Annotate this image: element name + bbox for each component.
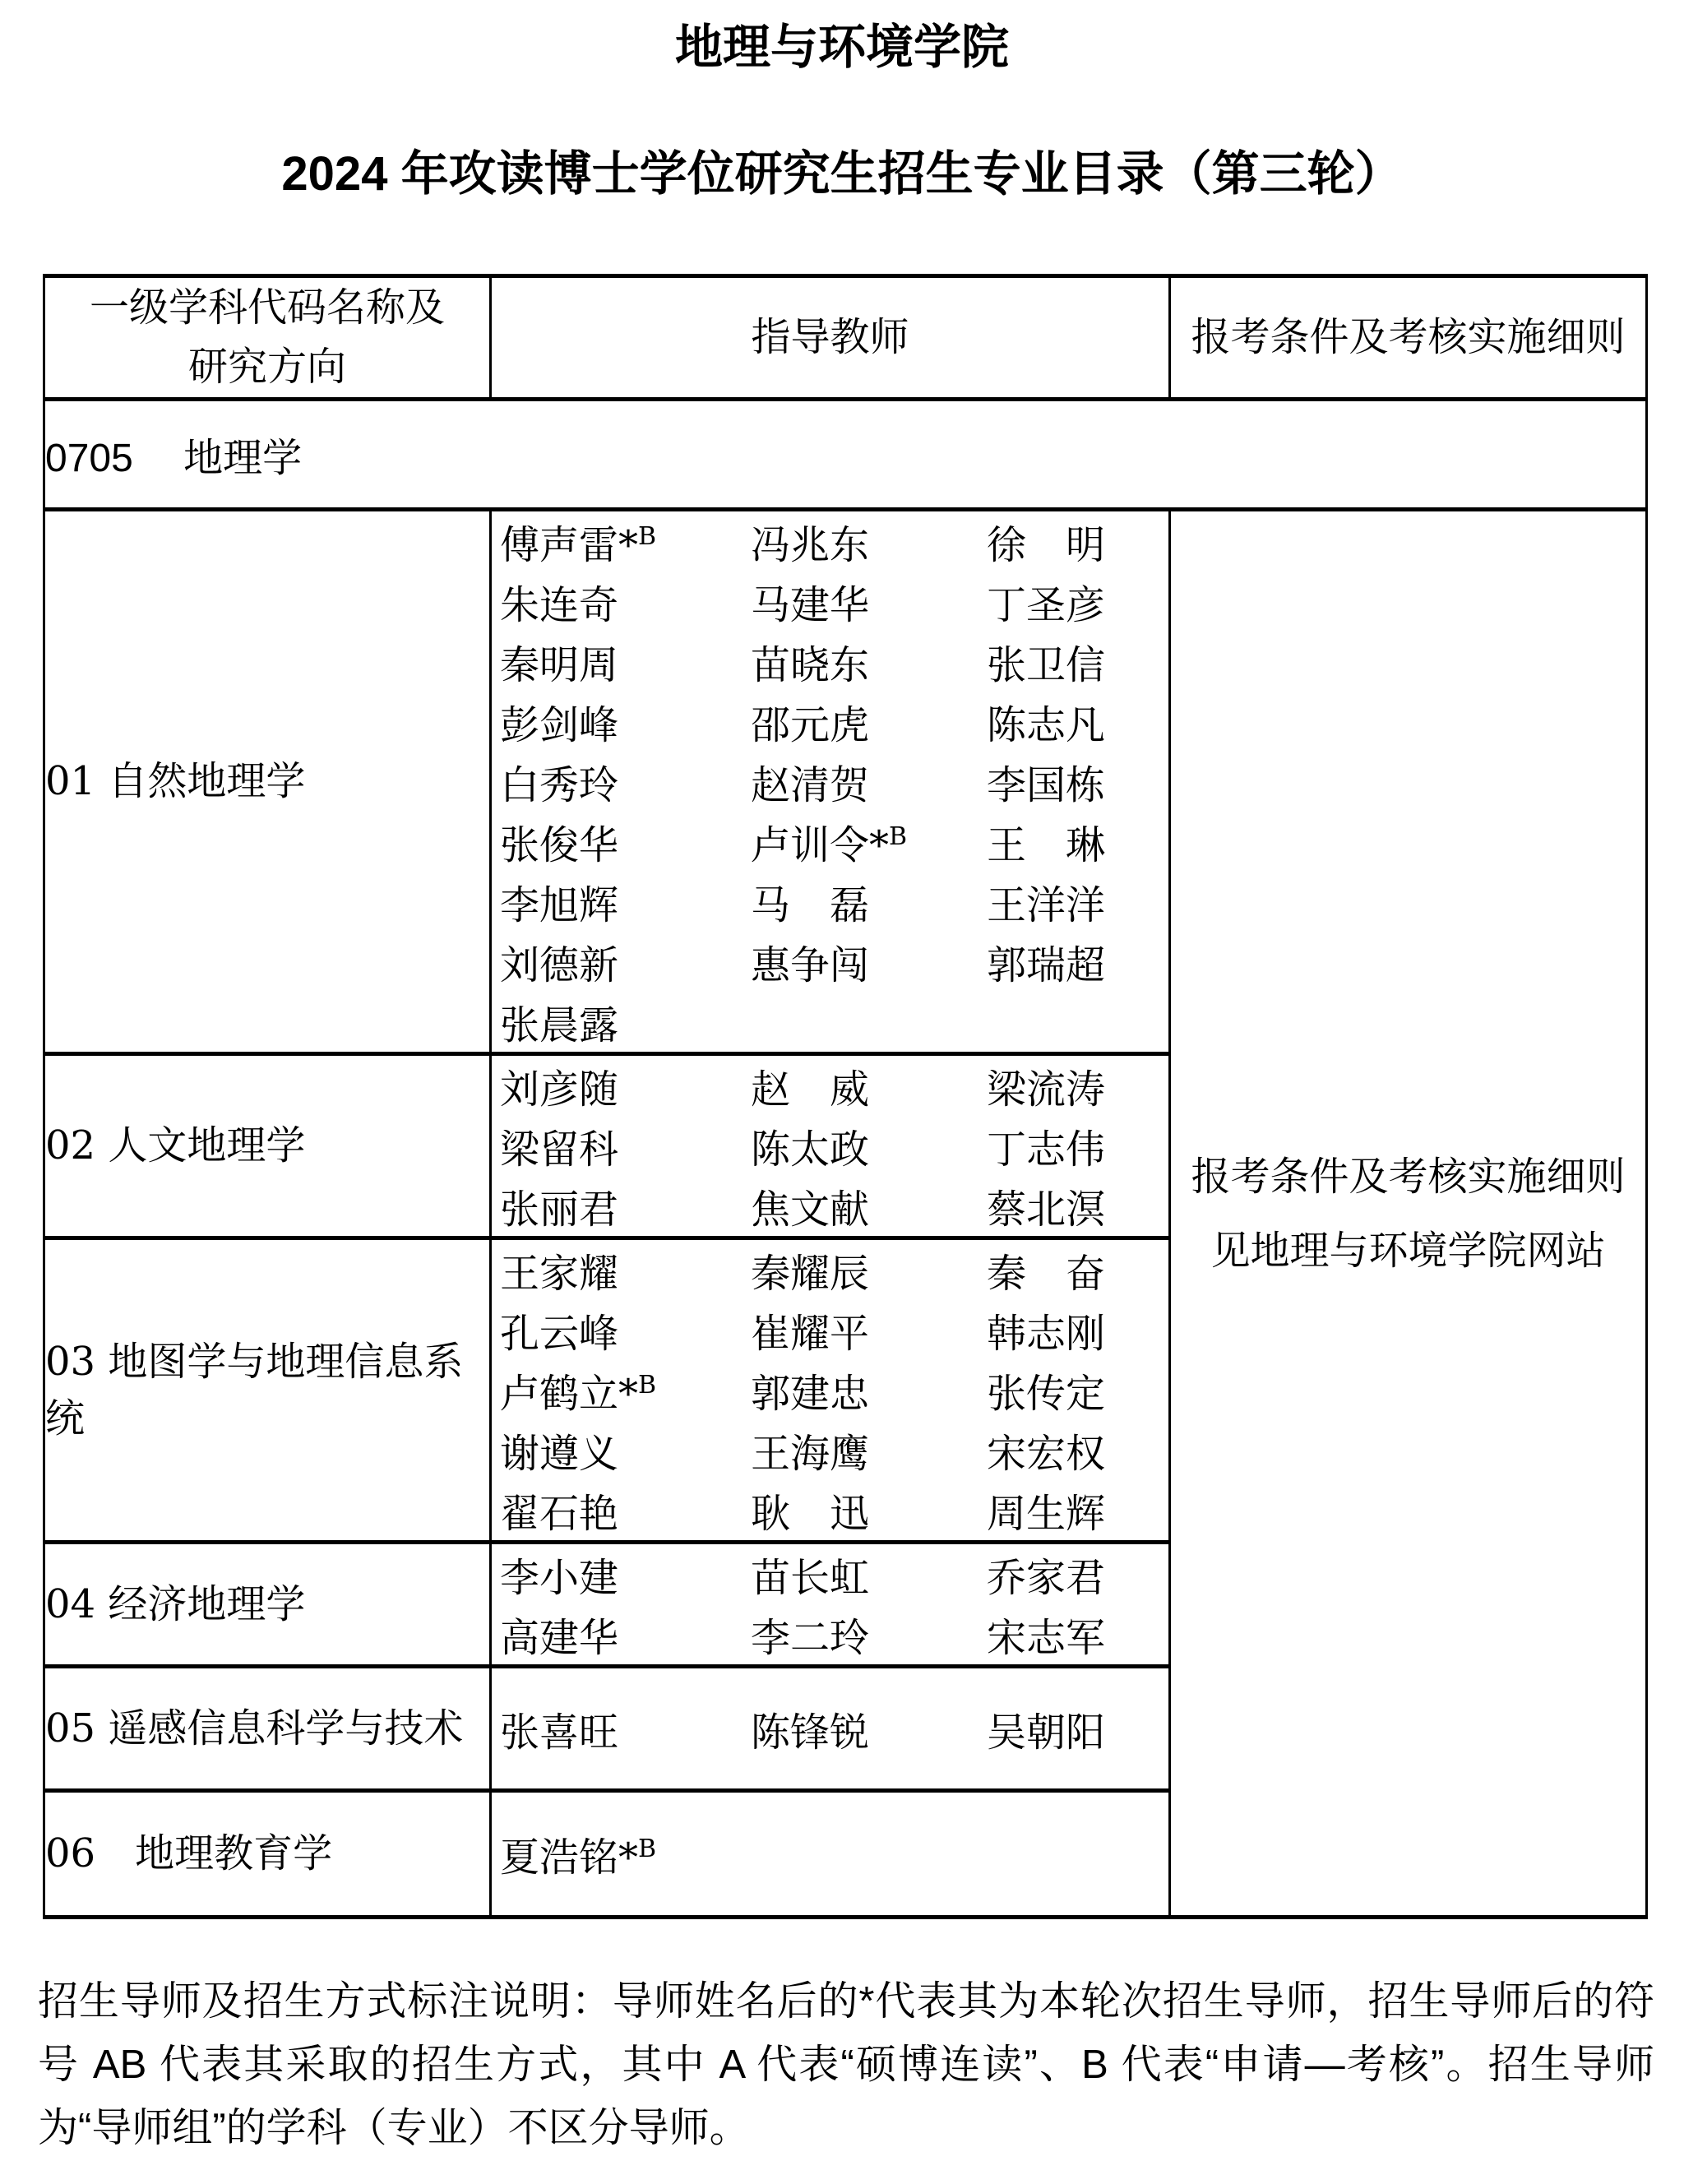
supervisor-name: 李旭辉	[500, 873, 751, 930]
supervisor-name: 张丽君	[500, 1178, 751, 1234]
supervisors-cell: 王家耀秦耀辰秦 奋孔云峰崔耀平韩志刚卢鹤立*B郭建忠张传定谢遵义王海鹰宋宏权翟石…	[491, 1238, 1170, 1543]
supervisor-line: 卢鹤立*B郭建忠张传定	[492, 1360, 1168, 1420]
supervisor-line: 王家耀秦耀辰秦 奋	[492, 1240, 1168, 1300]
supervisor-line: 张俊华卢训令*B王 琳	[492, 812, 1168, 872]
supervisor-name: 张晨露	[500, 993, 751, 1050]
discipline-section: 0705 地理学	[44, 400, 1647, 510]
direction-label: 02 人文地理学	[44, 1054, 491, 1238]
supervisor-name: 张卫信	[987, 633, 1168, 690]
supervisor-name: 苗晓东	[751, 633, 987, 690]
supervisor-name: 崔耀平	[751, 1302, 987, 1358]
supervisor-line: 刘德新惠争闯郭瑞超	[492, 932, 1168, 992]
footnote-text: 招生导师及招生方式标注说明：导师姓名后的*代表其为本轮次招生导师，招生导师后的符…	[38, 1970, 1654, 2160]
supervisor-line: 张晨露	[492, 992, 1168, 1052]
supervisor-name: 孔云峰	[500, 1302, 751, 1358]
supervisor-name: 张俊华	[500, 813, 751, 870]
supervisor-name: 朱连奇	[500, 573, 751, 630]
supervisor-name: 冯兆东	[751, 513, 987, 570]
direction-label: 04 经济地理学	[44, 1543, 491, 1667]
supervisor-name: 翟石艳	[500, 1482, 751, 1539]
supervisor-name: 丁圣彦	[987, 573, 1168, 630]
supervisors-cell: 傅声雷*B冯兆东徐 明朱连奇马建华丁圣彦秦明周苗晓东张卫信彭剑峰邵元虎陈志凡白秀…	[491, 510, 1170, 1054]
supervisor-line: 刘彦随赵 威梁流涛	[492, 1056, 1168, 1116]
admission-mode-mark: B	[638, 1371, 656, 1400]
supervisor-name: 刘德新	[500, 933, 751, 990]
supervisor-name: 白秀玲	[500, 753, 751, 810]
admission-mode-mark: B	[638, 522, 656, 551]
supervisor-name: 宋宏权	[987, 1422, 1168, 1478]
supervisor-name: 马 磊	[751, 873, 987, 930]
page-title: 地理与环境学院	[0, 21, 1684, 74]
supervisor-name: 李二玲	[751, 1606, 987, 1663]
supervisor-line: 张喜旺陈锋锐吴朝阳	[492, 1699, 1168, 1759]
supervisor-line: 傅声雷*B冯兆东徐 明	[492, 511, 1168, 571]
supervisor-name: 梁流涛	[987, 1057, 1168, 1114]
supervisor-name: 秦耀辰	[751, 1242, 987, 1298]
supervisor-name: 王海鹰	[751, 1422, 987, 1478]
supervisor-name: 苗长虹	[751, 1546, 987, 1603]
supervisor-name: 惠争闯	[751, 933, 987, 990]
supervisor-name: 李小建	[500, 1546, 751, 1603]
conditions-note-line1: 报考条件及考核实施细则	[1171, 1140, 1645, 1214]
supervisor-name: 周生辉	[987, 1482, 1168, 1539]
admissions-catalog-table: 一级学科代码名称及 研究方向 指导教师 报考条件及考核实施细则 0705 地理学…	[43, 274, 1648, 1919]
supervisor-line: 孔云峰崔耀平韩志刚	[492, 1300, 1168, 1360]
supervisor-name: 高建华	[500, 1606, 751, 1663]
supervisor-name: 谢遵义	[500, 1422, 751, 1478]
supervisor-name: 秦 奋	[987, 1242, 1168, 1298]
supervisor-line: 夏浩铭*B	[492, 1824, 1168, 1884]
supervisor-line: 李旭辉马 磊王洋洋	[492, 872, 1168, 932]
header-row: 一级学科代码名称及 研究方向 指导教师 报考条件及考核实施细则	[44, 276, 1647, 400]
admission-mode-mark: B	[638, 1835, 656, 1863]
discipline-code-name: 0705 地理学	[44, 400, 1647, 510]
supervisor-line: 谢遵义王海鹰宋宏权	[492, 1420, 1168, 1480]
supervisor-name: 乔家君	[987, 1546, 1168, 1603]
direction-label: 05 遥感信息科学与技术	[44, 1667, 491, 1791]
supervisor-name: 赵清贺	[751, 753, 987, 810]
supervisor-name: 焦文献	[751, 1178, 987, 1234]
supervisors-cell: 李小建苗长虹乔家君高建华李二玲宋志军	[491, 1543, 1170, 1667]
supervisor-line: 李小建苗长虹乔家君	[492, 1544, 1168, 1604]
directions-body: 01 自然地理学傅声雷*B冯兆东徐 明朱连奇马建华丁圣彦秦明周苗晓东张卫信彭剑峰…	[44, 510, 1647, 1918]
conditions-note-line2: 见地理与环境学院网站	[1171, 1214, 1645, 1288]
supervisor-name: 耿 迅	[751, 1482, 987, 1539]
supervisor-name: 傅声雷*B	[500, 513, 751, 570]
supervisor-name: 王洋洋	[987, 873, 1168, 930]
page-subtitle: 2024 年攻读博士学位研究生招生专业目录（第三轮）	[0, 148, 1684, 201]
supervisor-name: 李国栋	[987, 753, 1168, 810]
supervisor-name: 卢鹤立*B	[500, 1362, 751, 1418]
supervisors-cell: 张喜旺陈锋锐吴朝阳	[491, 1667, 1170, 1791]
header-discipline-line2: 研究方向	[45, 338, 489, 397]
supervisors-cell: 夏浩铭*B	[491, 1791, 1170, 1918]
supervisor-line: 彭剑峰邵元虎陈志凡	[492, 692, 1168, 752]
supervisor-line: 朱连奇马建华丁圣彦	[492, 571, 1168, 632]
supervisor-name: 陈志凡	[987, 693, 1168, 750]
document-page: 地理与环境学院 2024 年攻读博士学位研究生招生专业目录（第三轮） 一级学科代…	[0, 0, 1684, 2184]
supervisor-name: 马建华	[751, 573, 987, 630]
header-conditions-column: 报考条件及考核实施细则	[1170, 276, 1647, 400]
supervisor-line: 高建华李二玲宋志军	[492, 1604, 1168, 1664]
discipline-row: 0705 地理学	[44, 400, 1647, 510]
supervisor-name: 蔡北溟	[987, 1178, 1168, 1234]
supervisor-name: 韩志刚	[987, 1302, 1168, 1358]
supervisor-line: 张丽君焦文献蔡北溟	[492, 1176, 1168, 1236]
supervisors-cell: 刘彦随赵 威梁流涛梁留科陈太政丁志伟张丽君焦文献蔡北溟	[491, 1054, 1170, 1238]
supervisor-name: 王 琳	[987, 813, 1168, 870]
supervisor-name: 邵元虎	[751, 693, 987, 750]
supervisor-name: 徐 明	[987, 513, 1168, 570]
table-header: 一级学科代码名称及 研究方向 指导教师 报考条件及考核实施细则	[44, 276, 1647, 400]
header-discipline-column: 一级学科代码名称及 研究方向	[44, 276, 491, 400]
direction-label: 01 自然地理学	[44, 510, 491, 1054]
direction-row: 01 自然地理学傅声雷*B冯兆东徐 明朱连奇马建华丁圣彦秦明周苗晓东张卫信彭剑峰…	[44, 510, 1647, 1054]
supervisor-name: 秦明周	[500, 633, 751, 690]
supervisor-name: 陈锋锐	[751, 1700, 987, 1757]
supervisor-name: 夏浩铭*B	[500, 1825, 751, 1882]
supervisor-name: 刘彦随	[500, 1057, 751, 1114]
header-discipline-line1: 一级学科代码名称及	[45, 279, 489, 338]
direction-label: 03 地图学与地理信息系 统	[44, 1238, 491, 1543]
supervisor-name: 陈太政	[751, 1117, 987, 1174]
supervisor-line: 翟石艳耿 迅周生辉	[492, 1480, 1168, 1540]
supervisor-name: 张喜旺	[500, 1700, 751, 1757]
supervisor-name: 王家耀	[500, 1242, 751, 1298]
supervisor-line: 秦明周苗晓东张卫信	[492, 632, 1168, 692]
supervisor-name: 梁留科	[500, 1117, 751, 1174]
header-supervisors-column: 指导教师	[491, 276, 1170, 400]
supervisor-name: 郭瑞超	[987, 933, 1168, 990]
supervisor-name: 丁志伟	[987, 1117, 1168, 1174]
admission-mode-mark: B	[889, 822, 907, 851]
supervisor-name: 郭建忠	[751, 1362, 987, 1418]
supervisor-line: 梁留科陈太政丁志伟	[492, 1116, 1168, 1176]
supervisor-name: 张传定	[987, 1362, 1168, 1418]
supervisor-name: 吴朝阳	[987, 1700, 1168, 1757]
supervisor-name: 宋志军	[987, 1606, 1168, 1663]
supervisor-name: 赵 威	[751, 1057, 987, 1114]
supervisor-name: 彭剑峰	[500, 693, 751, 750]
supervisor-line: 白秀玲赵清贺李国栋	[492, 752, 1168, 812]
conditions-cell: 报考条件及考核实施细则见地理与环境学院网站	[1170, 510, 1647, 1918]
supervisor-name: 卢训令*B	[751, 813, 987, 870]
direction-label: 06 地理教育学	[44, 1791, 491, 1918]
